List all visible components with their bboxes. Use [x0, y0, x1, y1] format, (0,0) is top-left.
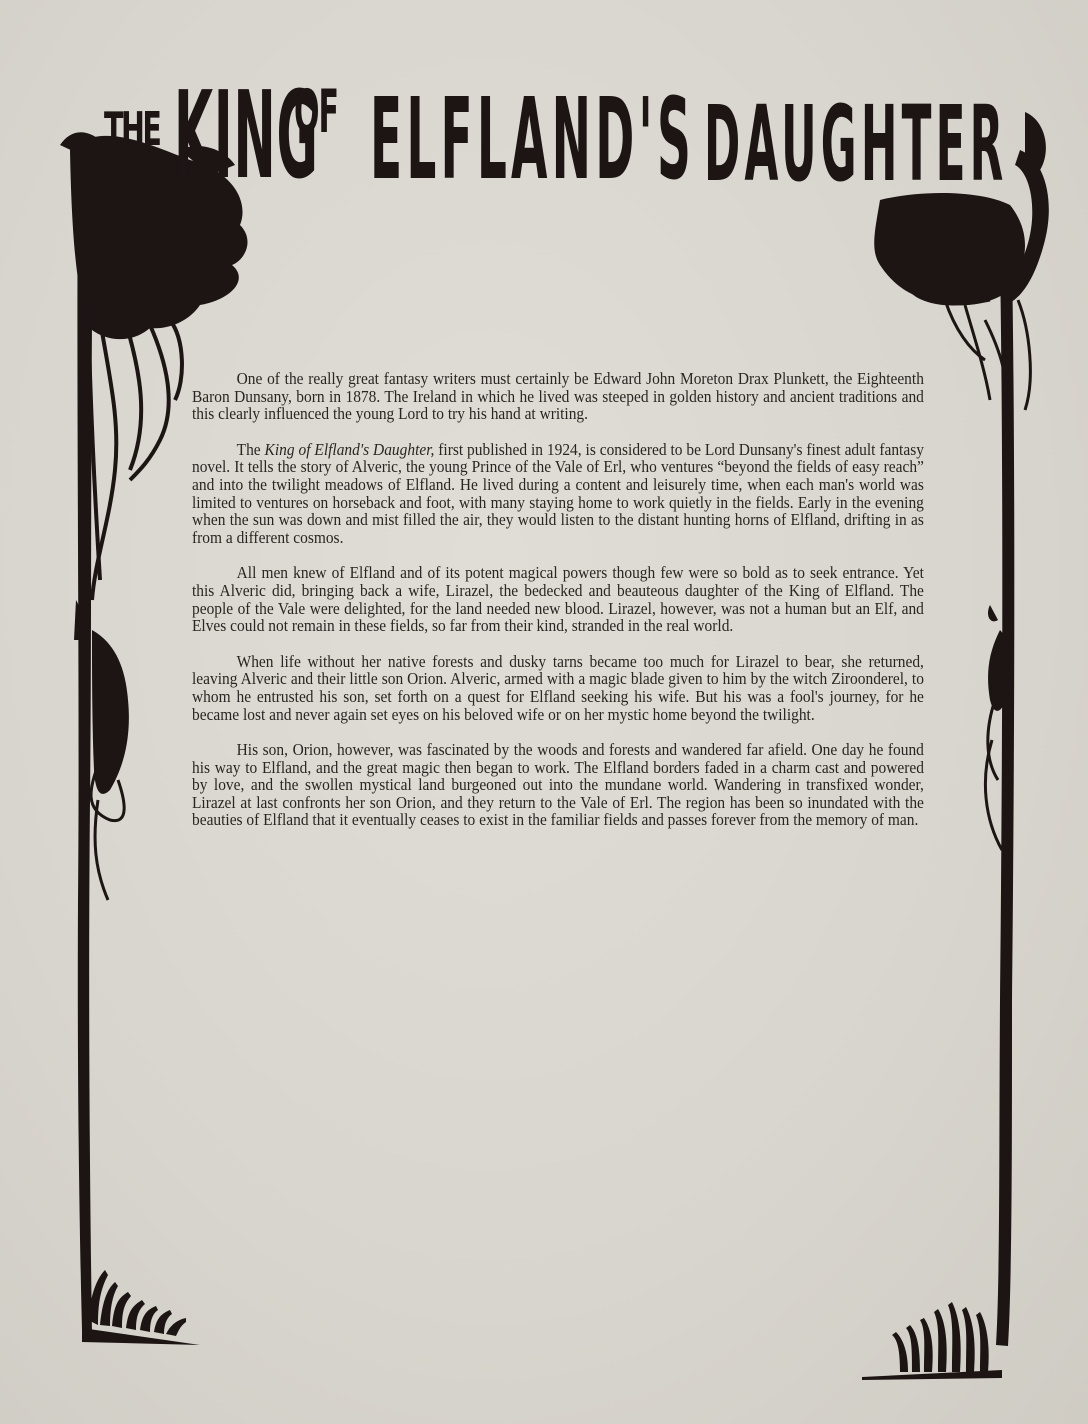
page: THE KING OF ELFLAND'S DAUGHTER One of th…	[0, 0, 1088, 1424]
paragraph-4: When life without her native forests and…	[192, 653, 924, 723]
title-of: OF	[294, 82, 319, 142]
paragraph-1: One of the really great fantasy writers …	[192, 370, 924, 423]
paragraph-2: The King of Elfland's Daughter, first pu…	[192, 441, 924, 547]
left-grass-icon	[82, 1270, 200, 1345]
page-title: THE KING OF ELFLAND'S DAUGHTER	[104, 78, 1044, 188]
paragraph-2-lead: The	[237, 440, 265, 459]
left-trunk-icon	[77, 160, 94, 1332]
title-elflands: ELFLAND'S	[370, 93, 509, 188]
book-title-italic: King of Elfland's Daughter,	[265, 440, 435, 459]
title-king: KING	[174, 86, 224, 188]
left-tendrils-icon	[88, 300, 182, 600]
paragraph-5: His son, Orion, however, was fascinated …	[192, 741, 924, 829]
right-trunk-icon	[996, 260, 1014, 1346]
title-daughter: DAUGHTER	[704, 100, 830, 188]
right-grass-icon	[862, 1302, 1002, 1380]
title-the: THE	[104, 106, 147, 152]
paragraph-3: All men knew of Elfland and of its poten…	[192, 564, 924, 634]
article-body: One of the really great fantasy writers …	[192, 370, 924, 847]
